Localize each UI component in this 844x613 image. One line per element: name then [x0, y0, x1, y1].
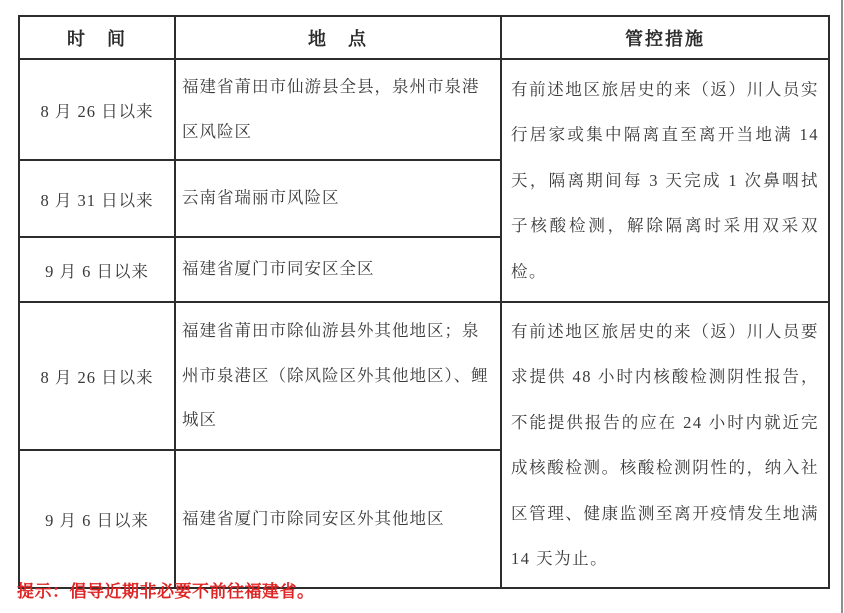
measure-cell-group2: 有前述地区旅居史的来（返）川人员要求提供 48 小时内核酸检测阴性报告，不能提供…	[501, 302, 829, 588]
location-cell-row3: 福建省厦门市同安区全区	[175, 237, 501, 302]
time-cell-row1: 8 月 26 日以来	[19, 59, 175, 160]
time-cell-row5: 9 月 6 日以来	[19, 450, 175, 588]
time-cell-row2: 8 月 31 日以来	[19, 160, 175, 237]
column-header-measures: 管控措施	[501, 16, 829, 59]
time-cell-row3: 9 月 6 日以来	[19, 237, 175, 302]
column-header-time: 时 间	[19, 16, 175, 59]
footer-tip-note: 提示：倡导近期非必要不前往福建省。	[17, 577, 315, 602]
location-cell-row2: 云南省瑞丽市风险区	[175, 160, 501, 237]
location-cell-row1: 福建省莆田市仙游县全县，泉州市泉港区风险区	[175, 59, 501, 160]
table-header-row: 时 间 地 点 管控措施	[19, 16, 829, 59]
column-header-location: 地 点	[175, 16, 501, 59]
table-row: 8 月 26 日以来 福建省莆田市仙游县全县，泉州市泉港区风险区 有前述地区旅居…	[19, 59, 829, 160]
location-cell-row5: 福建省厦门市除同安区外其他地区	[175, 450, 501, 588]
location-cell-row4: 福建省莆田市除仙游县外其他地区；泉州市泉港区（除风险区外其他地区）、鲤城区	[175, 302, 501, 450]
notice-page: 时 间 地 点 管控措施 8 月 26 日以来 福建省莆田市仙游县全县，泉州市泉…	[0, 0, 844, 613]
time-cell-row4: 8 月 26 日以来	[19, 302, 175, 450]
control-measures-table: 时 间 地 点 管控措施 8 月 26 日以来 福建省莆田市仙游县全县，泉州市泉…	[18, 15, 830, 589]
measure-cell-group1: 有前述地区旅居史的来（返）川人员实行居家或集中隔离直至离开当地满 14 天，隔离…	[501, 59, 829, 302]
table-row: 8 月 26 日以来 福建省莆田市除仙游县外其他地区；泉州市泉港区（除风险区外其…	[19, 302, 829, 450]
page-right-edge-line	[841, 0, 843, 613]
